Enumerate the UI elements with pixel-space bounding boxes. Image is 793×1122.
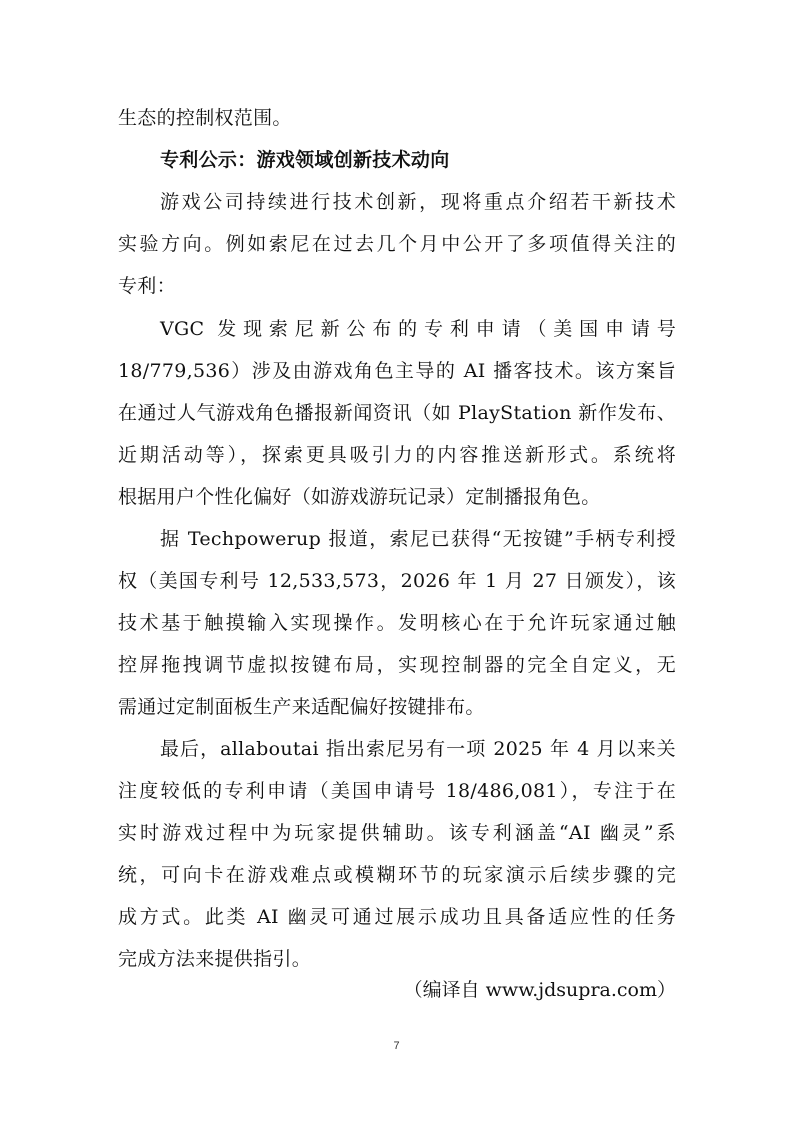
text-line: 游戏公司持续进行技术创新，现将重点介绍若干新技术 — [160, 189, 676, 215]
text-line: 生态的控制权范围。 — [118, 105, 292, 131]
text-line: 注度较低的专利申请（美国申请号 18/486,081），专注于在 — [118, 778, 676, 804]
text-line: 完成方法来提供指引。 — [118, 946, 311, 972]
text-line: 需通过定制面板生产来适配偏好按键排布。 — [118, 694, 485, 720]
text-line: 技术基于触摸输入实现操作。发明核心在于允许玩家通过触 — [118, 610, 676, 636]
text-line: 权（美国专利号 12,533,573，2026 年 1 月 27 日颁发），该 — [118, 568, 676, 594]
text-line: 在通过人气游戏角色播报新闻资讯（如 PlayStation 新作发布、 — [118, 400, 676, 426]
page-number: 7 — [0, 1040, 793, 1052]
text-line: 根据用户个性化偏好（如游戏游玩记录）定制播报角色。 — [118, 484, 601, 510]
text-line: VGC 发现索尼新公布的专利申请（美国申请号 — [160, 316, 676, 342]
text-line: 最后，allaboutai 指出索尼另有一项 2025 年 4 月以来关 — [160, 736, 676, 762]
source-citation: （编译自 www.jdsupra.com） — [404, 977, 676, 1003]
text-line: 专利： — [118, 273, 176, 299]
text-line: 实验方向。例如索尼在过去几个月中公开了多项值得关注的 — [118, 231, 676, 257]
text-line: 控屏拖拽调节虚拟按键布局，实现控制器的完全自定义，无 — [118, 652, 676, 678]
text-line: 据 Techpowerup 报道，索尼已获得“无按键”手柄专利授 — [160, 526, 676, 552]
text-line: 统，可向卡在游戏难点或模糊环节的玩家演示后续步骤的完 — [118, 862, 676, 888]
text-line: 18/779,536）涉及由游戏角色主导的 AI 播客技术。该方案旨 — [118, 358, 676, 384]
text-line: 成方式。此类 AI 幽灵可通过展示成功且具备适应性的任务 — [118, 904, 676, 930]
text-line: 近期活动等），探索更具吸引力的内容推送新形式。系统将 — [118, 442, 676, 468]
section-heading: 专利公示：游戏领域创新技术动向 — [160, 147, 450, 173]
text-line: 实时游戏过程中为玩家提供辅助。该专利涵盖“AI 幽灵”系 — [118, 820, 676, 846]
